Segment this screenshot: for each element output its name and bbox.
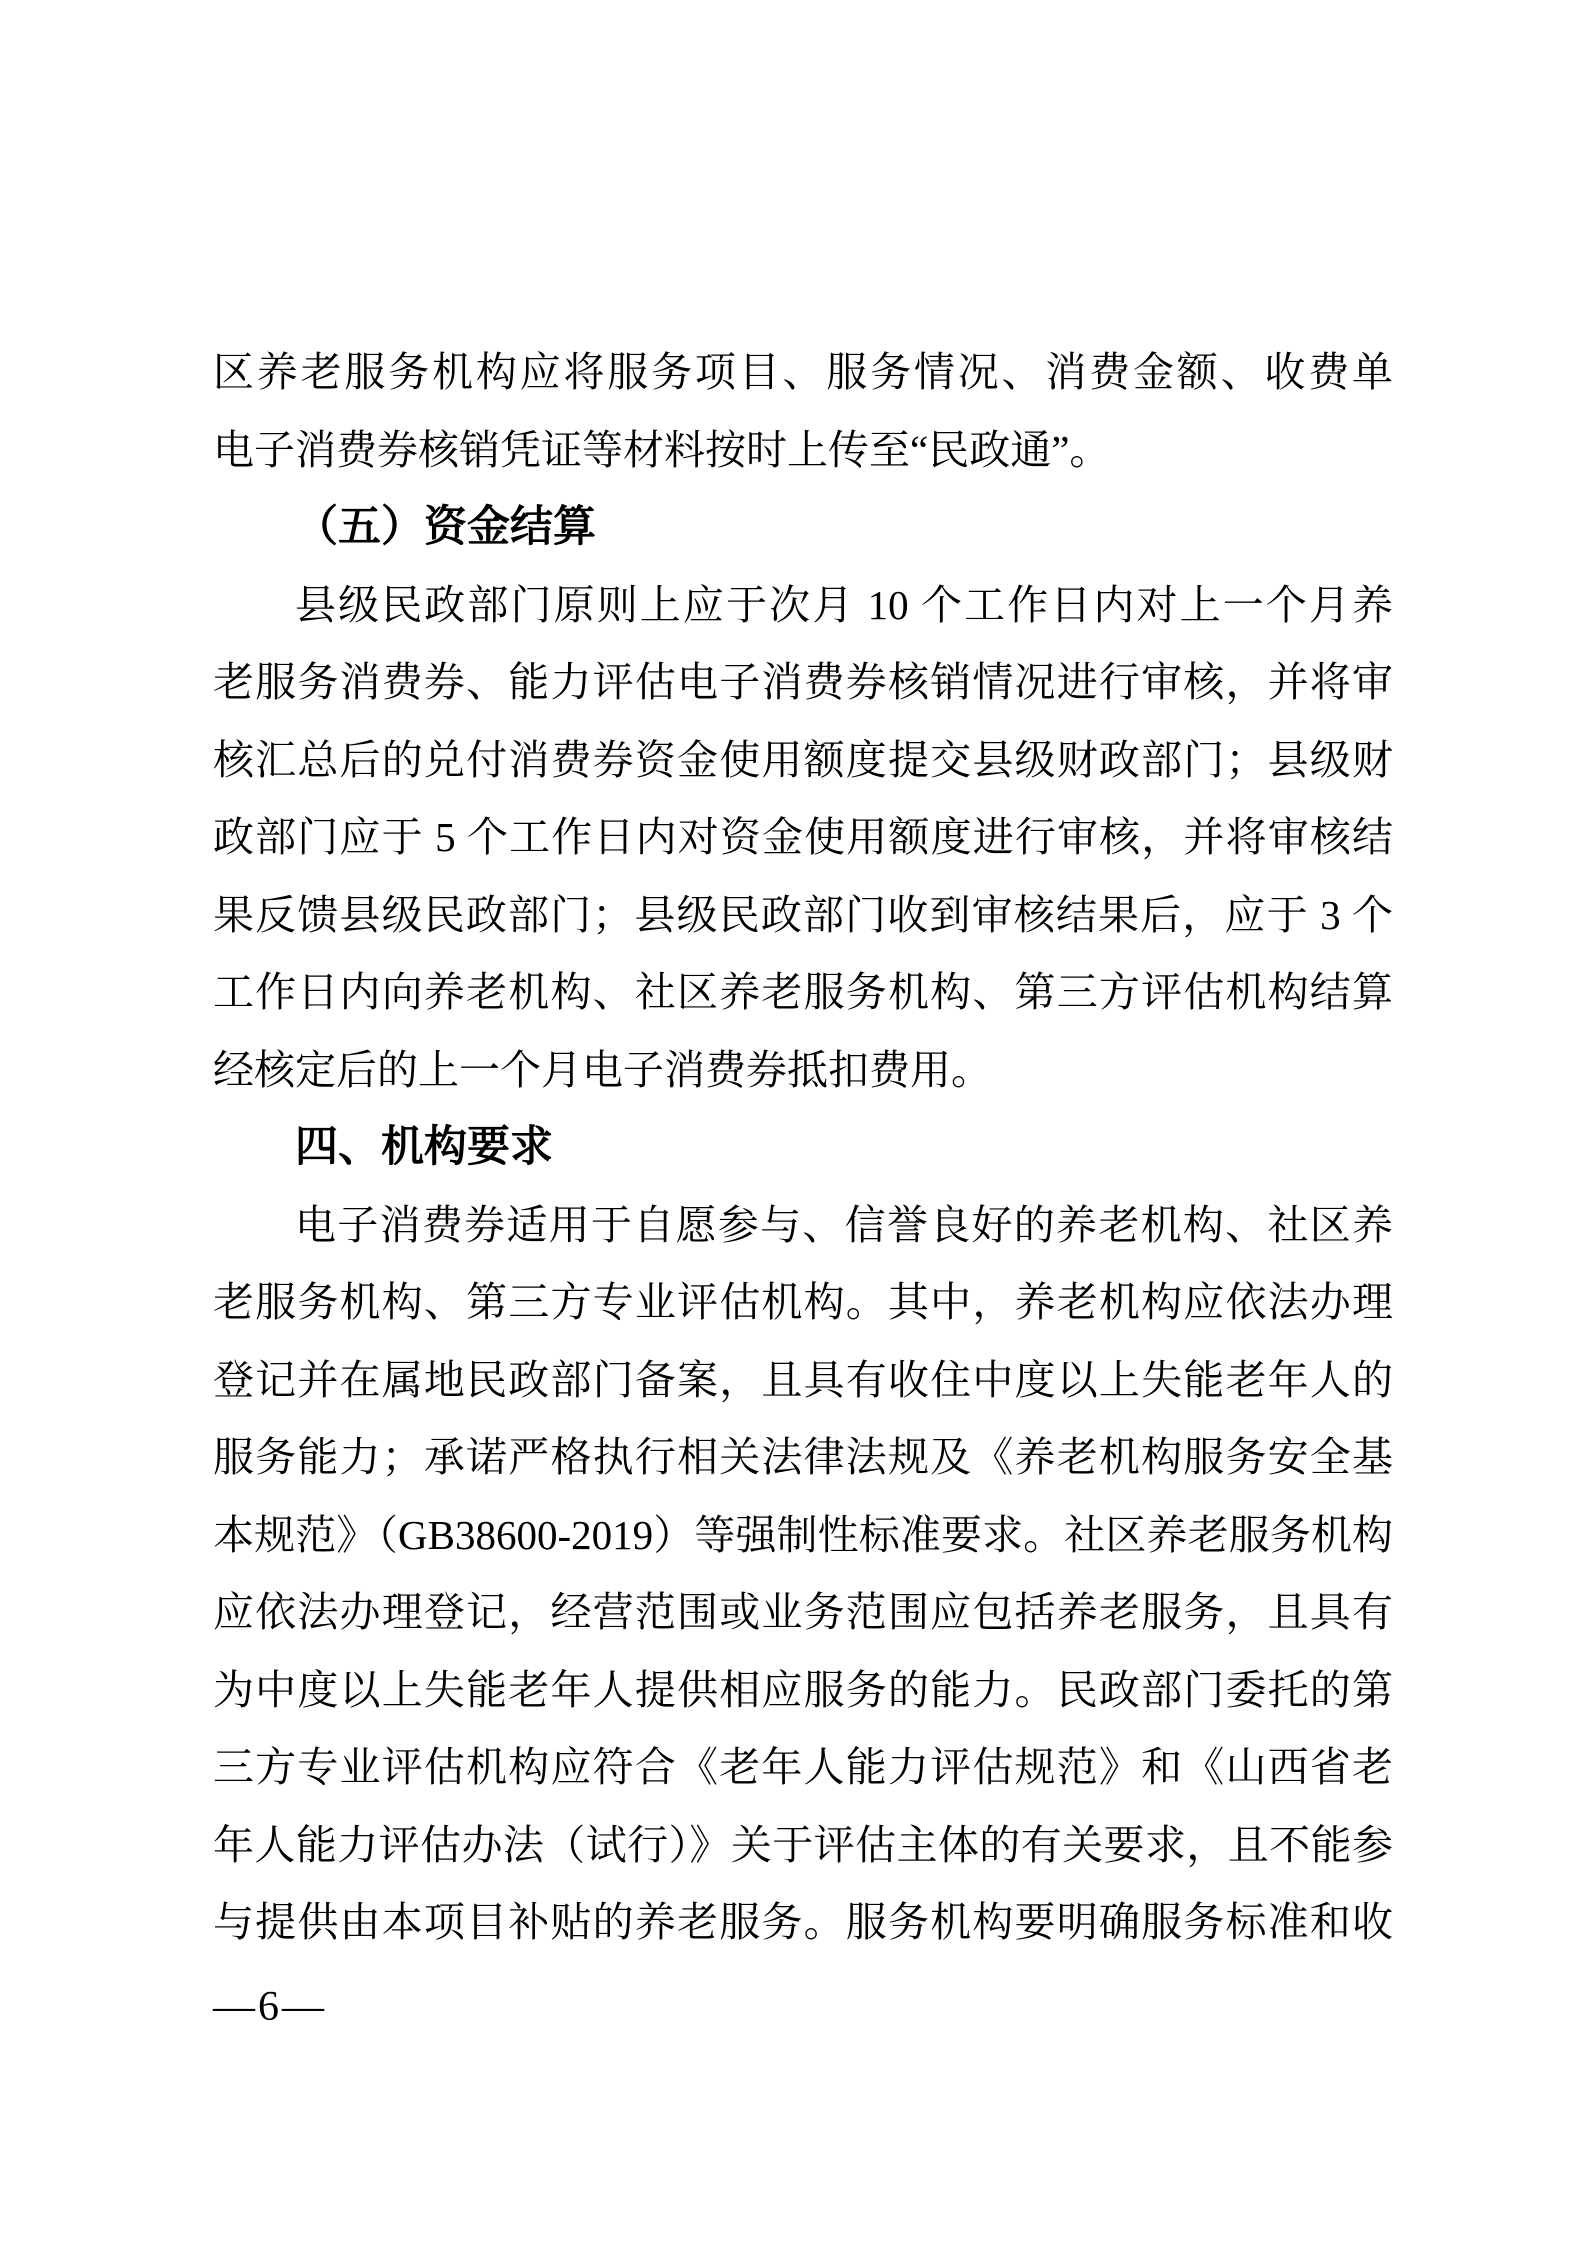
text-line: 果反馈县级民政部门；县级民政部门收到审核结果后，应于 3 个: [213, 877, 1393, 955]
text-line: 四、机构要求: [213, 1109, 1393, 1187]
paragraph: 区养老服务机构应将服务项目、服务情况、消费金额、收费单据、电子消费券核销凭证等材…: [213, 334, 1393, 489]
text-line: 工作日内向养老机构、社区养老服务机构、第三方评估机构结算: [213, 954, 1393, 1032]
text-line: 电子消费券核销凭证等材料按时上传至“民政通”。: [213, 412, 1393, 490]
text-line: 为中度以上失能老年人提供相应服务的能力。民政部门委托的第: [213, 1652, 1393, 1730]
text-line: 三方专业评估机构应符合《老年人能力评估规范》和《山西省老: [213, 1729, 1393, 1807]
text-line: 核汇总后的兑付消费券资金使用额度提交县级财政部门；县级财: [213, 722, 1393, 800]
section-heading: （五）资金结算: [213, 489, 1393, 567]
text-line: 登记并在属地民政部门备案，且具有收住中度以上失能老年人的: [213, 1342, 1393, 1420]
text-line: 县级民政部门原则上应于次月 10 个工作日内对上一个月养: [213, 567, 1393, 645]
text-line: 年人能力评估办法（试行）》关于评估主体的有关要求，且不能参: [213, 1807, 1393, 1885]
text-line: 服务能力；承诺严格执行相关法律法规及《养老机构服务安全基: [213, 1419, 1393, 1497]
paragraph: 电子消费券适用于自愿参与、信誉良好的养老机构、社区养老服务机构、第三方专业评估机…: [213, 1187, 1393, 1962]
text-line: 政部门应于 5 个工作日内对资金使用额度进行审核，并将审核结: [213, 799, 1393, 877]
paragraph: 县级民政部门原则上应于次月 10 个工作日内对上一个月养老服务消费券、能力评估电…: [213, 567, 1393, 1110]
text-line: 老服务机构、第三方专业评估机构。其中，养老机构应依法办理: [213, 1264, 1393, 1342]
text-line: 应依法办理登记，经营范围或业务范围应包括养老服务，且具有: [213, 1574, 1393, 1652]
text-line: 区养老服务机构应将服务项目、服务情况、消费金额、收费单据、: [213, 334, 1393, 412]
page-number: —6—: [213, 1977, 327, 2037]
document-body: 区养老服务机构应将服务项目、服务情况、消费金额、收费单据、电子消费券核销凭证等材…: [213, 334, 1393, 1962]
document-page: 区养老服务机构应将服务项目、服务情况、消费金额、收费单据、电子消费券核销凭证等材…: [0, 0, 1588, 2245]
text-line: 电子消费券适用于自愿参与、信誉良好的养老机构、社区养: [213, 1187, 1393, 1265]
text-line: （五）资金结算: [213, 489, 1393, 567]
text-line: 老服务消费券、能力评估电子消费券核销情况进行审核，并将审: [213, 644, 1393, 722]
text-line: 经核定后的上一个月电子消费券抵扣费用。: [213, 1032, 1393, 1110]
text-line: 本规范》（GB38600-2019）等强制性标准要求。社区养老服务机构: [213, 1497, 1393, 1575]
text-line: 与提供由本项目补贴的养老服务。服务机构要明确服务标准和收: [213, 1884, 1393, 1962]
section-heading: 四、机构要求: [213, 1109, 1393, 1187]
